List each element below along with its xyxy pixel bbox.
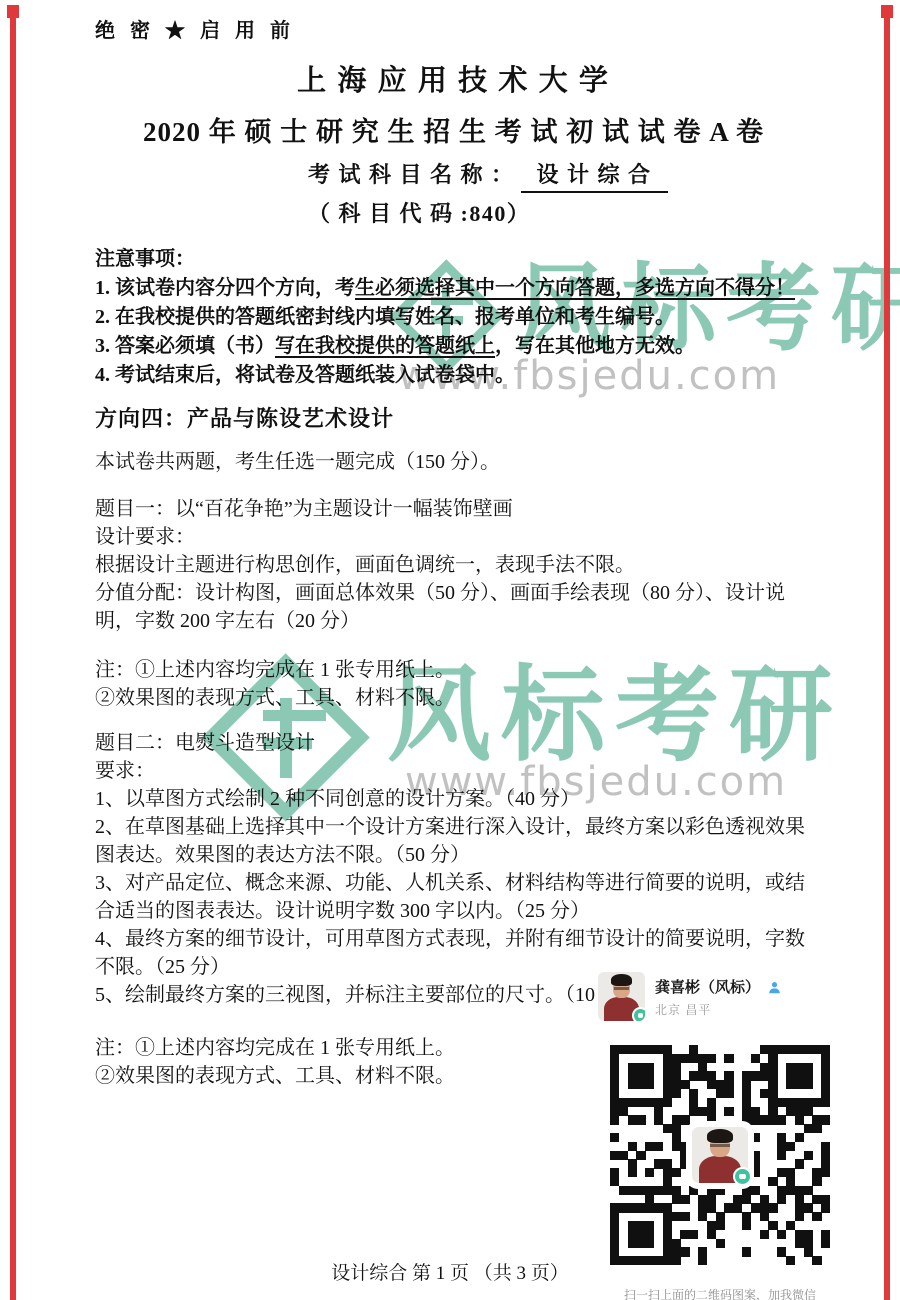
notice-item: 1. 该试卷内容分四个方向，考生必须选择其中一个方向答题，多选方向不得分！ xyxy=(95,274,812,303)
note-line: ②效果图的表现方式、工具、材料不限。 xyxy=(95,684,812,712)
topic2-section: 题目二：电熨斗造型设计 要求： 1、以草图方式绘制 2 种不同创意的设计方案。（… xyxy=(95,729,812,1009)
topic1-line: 设计要求： xyxy=(95,523,812,551)
topic2-item: 4、最终方案的细节设计，可用草图方式表现，并附有细节设计的简要说明，字数不限。（… xyxy=(95,925,812,981)
classification-banner: 绝 密 ★ 启 用 前 xyxy=(95,14,812,43)
intro-line: 本试卷共两题，考生任选一题完成（150 分）。 xyxy=(95,448,812,476)
qr-center-avatar xyxy=(688,1123,752,1187)
person-icon xyxy=(768,981,781,998)
topic1-section: 题目一：以“百花争艳”为主题设计一幅装饰壁画 设计要求： 根据设计主题进行构思创… xyxy=(95,495,812,635)
wechat-badge-icon xyxy=(632,1007,645,1021)
notices-heading: 注意事项： xyxy=(95,245,812,274)
notice-item: 4. 考试结束后，将试卷及答题纸装入试卷袋中。 xyxy=(95,361,812,390)
notice-item: 2. 在我校提供的答题纸密封线内填写姓名、报考单位和考生编号。 xyxy=(95,303,812,332)
left-edge-mark xyxy=(10,5,16,1300)
topic1-line: 根据设计主题进行构思创作，画面色调统一，表现手法不限。 xyxy=(95,551,812,579)
contact-location: 北京 昌平 xyxy=(655,1001,711,1018)
topic2-title: 题目二：电熨斗造型设计 xyxy=(95,729,812,757)
topic1-notes: 注：①上述内容均完成在 1 张专用纸上。 ②效果图的表现方式、工具、材料不限。 xyxy=(95,656,812,712)
notices-section: 注意事项： 1. 该试卷内容分四个方向，考生必须选择其中一个方向答题，多选方向不… xyxy=(95,245,812,390)
notice-item: 3. 答案必须填（书）写在我校提供的答题纸上，写在其他地方无效。 xyxy=(95,332,812,361)
topic1-title: 题目一：以“百花争艳”为主题设计一幅装饰壁画 xyxy=(95,495,812,523)
topic2-item: 2、在草图基础上选择其中一个设计方案进行深入设计，最终方案以彩色透视效果图表达。… xyxy=(95,813,812,869)
contact-name: 龚喜彬（风标） xyxy=(655,976,781,998)
direction-heading: 方向四：产品与陈设艺术设计 xyxy=(95,402,812,433)
subject-line: 考 试 科 目 名 称 ：设 计 综 合 xyxy=(308,158,812,193)
exam-title: 2020 年 硕 士 研 究 生 招 生 考 试 初 试 试 卷 A 卷 xyxy=(95,110,812,149)
wechat-badge-icon xyxy=(733,1167,752,1186)
topic1-line: 分值分配：设计构图，画面总体效果（50 分）、画面手绘表现（80 分）、设计说明… xyxy=(95,579,812,635)
qr-code xyxy=(610,1045,830,1265)
subject-value: 设 计 综 合 xyxy=(521,158,668,193)
topic2-item: 1、以草图方式绘制 2 种不同创意的设计方案。（40 分） xyxy=(95,785,812,813)
subject-label: 考 试 科 目 名 称 ： xyxy=(308,162,515,187)
topic2-item: 3、对产品定位、概念来源、功能、人机关系、材料结构等进行简要的说明，或结合适当的… xyxy=(95,869,812,925)
exam-paper-page: 风标考研 www.fbsjedu.com 风标考研 www.fbsjedu.co… xyxy=(0,0,900,1300)
university-title: 上 海 应 用 技 术 大 学 xyxy=(95,58,812,99)
avatar xyxy=(598,972,645,1021)
topic2-req-label: 要求： xyxy=(95,757,812,785)
right-edge-mark xyxy=(884,5,890,1300)
qr-caption: 扫一扫上面的二维码图案，加我微信 xyxy=(595,1286,845,1300)
subject-code: （ 科 目 代 码 :840） xyxy=(308,197,812,228)
note-line: 注：①上述内容均完成在 1 张专用纸上。 xyxy=(95,656,812,684)
